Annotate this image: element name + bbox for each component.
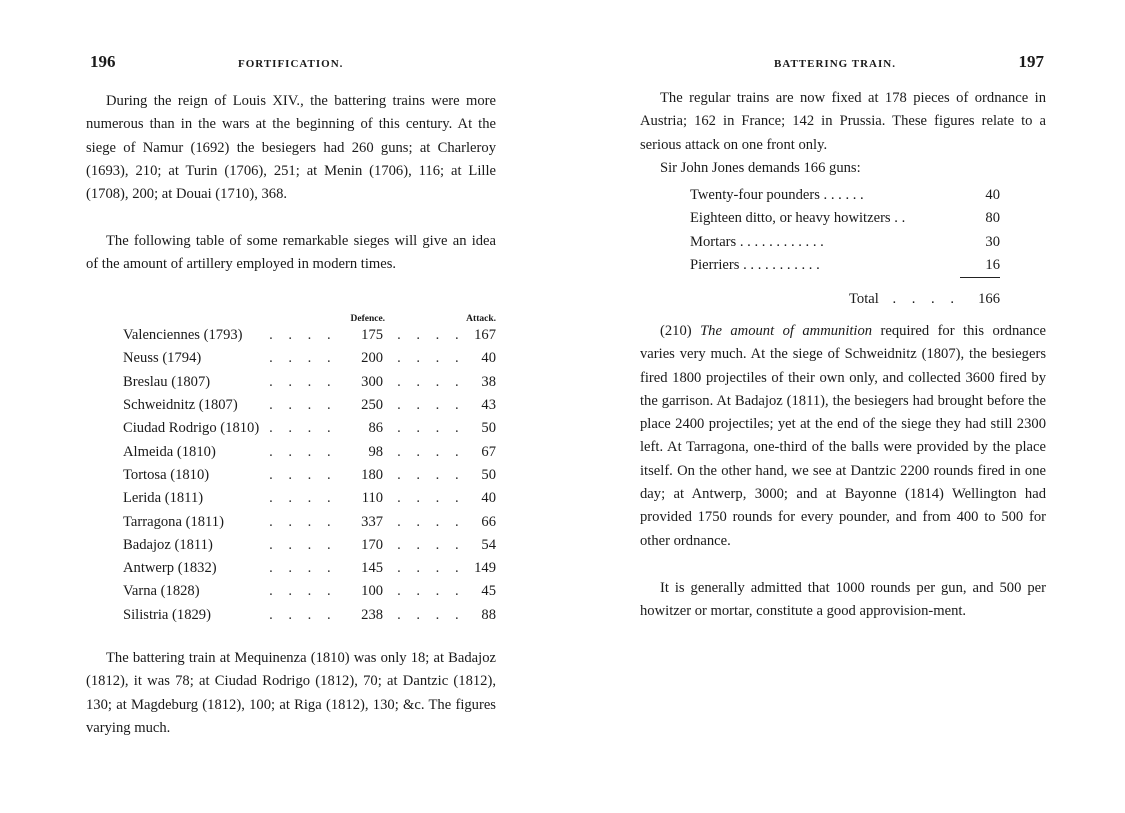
leader-dots: . . . . <box>269 417 337 440</box>
page-number: 197 <box>1019 52 1045 72</box>
leader-dots: . . . . <box>391 324 465 347</box>
gun-type-cell: Twenty-four pounders . . . . . . <box>690 184 960 207</box>
italic-phrase: The amount of ammunition <box>700 323 872 339</box>
defence-value: 170 <box>337 534 391 557</box>
paragraph: The following table of some remarkable s… <box>86 230 496 277</box>
paragraph-text: The following table of some remarkable s… <box>86 230 496 277</box>
leader-dots: . . . . <box>269 394 337 417</box>
table-row: Almeida (1810). . . .98. . . .67 <box>123 440 496 463</box>
section-number: (210) <box>660 323 692 339</box>
paragraph: Sir John Jones demands 166 guns: <box>640 157 1046 180</box>
defence-value: 337 <box>337 510 391 533</box>
leader-dots: . . . . <box>269 371 337 394</box>
leader-dots: . . . . . . . . . . . <box>743 257 820 273</box>
table-row: Silistria (1829). . . .238. . . .88 <box>123 604 496 627</box>
leader-dots: . . . . <box>269 487 337 510</box>
attack-header: Attack. <box>465 308 496 324</box>
leader-dots: . . <box>894 210 905 226</box>
leader-dots: . . . . <box>269 324 337 347</box>
leader-dots: . . . . <box>269 557 337 580</box>
attack-value: 50 <box>465 464 496 487</box>
gun-type: Eighteen ditto, or heavy howitzers <box>690 210 891 226</box>
leader-dots: . . . . <box>391 440 465 463</box>
leader-dots: . . . . <box>269 580 337 603</box>
attack-value: 67 <box>465 440 496 463</box>
leader-dots: . . . . <box>892 291 960 307</box>
table-row: Mortars . . . . . . . . . . . .30 <box>690 231 1000 254</box>
attack-value: 88 <box>465 604 496 627</box>
defence-value: 238 <box>337 604 391 627</box>
leader-dots: . . . . <box>391 557 465 580</box>
leader-dots: . . . . <box>391 510 465 533</box>
attack-value: 50 <box>465 417 496 440</box>
leader-dots: . . . . <box>269 604 337 627</box>
siege-name: Valenciennes (1793) <box>123 324 269 347</box>
total-value: 166 <box>960 278 1000 309</box>
gun-type: Mortars <box>690 234 736 250</box>
paragraph-text: Sir John Jones demands 166 guns: <box>640 157 1046 180</box>
attack-value: 167 <box>465 324 496 347</box>
siege-name: Lerida (1811) <box>123 487 269 510</box>
running-head-title: FORTIFICATION. <box>238 58 343 70</box>
attack-value: 66 <box>465 510 496 533</box>
gun-type-cell: Eighteen ditto, or heavy howitzers . . <box>690 207 960 230</box>
siege-name: Varna (1828) <box>123 580 269 603</box>
leader-dots: . . . . . . . . . . . . <box>740 234 824 250</box>
defence-value: 110 <box>337 487 391 510</box>
paragraph-text: It is generally admitted that 1000 round… <box>640 577 1046 624</box>
defence-value: 200 <box>337 347 391 370</box>
attack-value: 43 <box>465 394 496 417</box>
gun-type-cell: Pierriers . . . . . . . . . . . <box>690 254 960 278</box>
gun-type: Twenty-four pounders <box>690 187 820 203</box>
siege-name: Tortosa (1810) <box>123 464 269 487</box>
siege-name: Breslau (1807) <box>123 371 269 394</box>
table-row: Pierriers . . . . . . . . . . .16 <box>690 254 1000 278</box>
defence-value: 86 <box>337 417 391 440</box>
table-row: Breslau (1807). . . .300. . . .38 <box>123 371 496 394</box>
paragraph: It is generally admitted that 1000 round… <box>640 577 1046 624</box>
running-head: BATTERING TRAIN. 197 <box>640 52 1046 76</box>
paragraph: During the reign of Louis XIV., the batt… <box>86 90 496 206</box>
table-row: Valenciennes (1793). . . .175. . . .167 <box>123 324 496 347</box>
defence-value: 180 <box>337 464 391 487</box>
siege-name: Silistria (1829) <box>123 604 269 627</box>
leader-dots: . . . . <box>269 347 337 370</box>
gun-type-cell: Mortars . . . . . . . . . . . . <box>690 231 960 254</box>
siege-name: Almeida (1810) <box>123 440 269 463</box>
right-page: BATTERING TRAIN. 197 The regular trains … <box>640 0 1046 813</box>
table-row: Schweidnitz (1807). . . .250. . . .43 <box>123 394 496 417</box>
table-row: Badajoz (1811). . . .170. . . .54 <box>123 534 496 557</box>
paragraph-text: During the reign of Louis XIV., the batt… <box>86 90 496 206</box>
leader-dots: . . . . <box>391 394 465 417</box>
leader-dots: . . . . <box>269 510 337 533</box>
table-row: Twenty-four pounders . . . . . .40 <box>690 184 1000 207</box>
leader-dots: . . . . <box>391 371 465 394</box>
page-number: 196 <box>90 52 116 72</box>
leader-dots: . . . . <box>391 534 465 557</box>
attack-value: 40 <box>465 487 496 510</box>
left-page: 196 FORTIFICATION. During the reign of L… <box>86 0 496 813</box>
siege-name: Neuss (1794) <box>123 347 269 370</box>
attack-value: 40 <box>465 347 496 370</box>
section-paragraph: (210) The amount of ammunition required … <box>640 320 1046 553</box>
gun-count: 40 <box>960 184 1000 207</box>
sieges-table: Defence. Attack. Valenciennes (1793). . … <box>123 308 496 627</box>
paragraph-text: The battering train at Mequinenza (1810)… <box>86 647 496 740</box>
attack-value: 149 <box>465 557 496 580</box>
leader-dots: . . . . <box>391 347 465 370</box>
table-row: Ciudad Rodrigo (1810). . . .86. . . .50 <box>123 417 496 440</box>
siege-name: Tarragona (1811) <box>123 510 269 533</box>
running-head-title: BATTERING TRAIN. <box>774 58 896 70</box>
table-row: Varna (1828). . . .100. . . .45 <box>123 580 496 603</box>
leader-dots: . . . . <box>269 464 337 487</box>
attack-value: 38 <box>465 371 496 394</box>
defence-value: 250 <box>337 394 391 417</box>
table-header-row: Defence. Attack. <box>123 308 496 324</box>
siege-name: Schweidnitz (1807) <box>123 394 269 417</box>
table-row: Tortosa (1810). . . .180. . . .50 <box>123 464 496 487</box>
table-row: Lerida (1811). . . .110. . . .40 <box>123 487 496 510</box>
paragraph-rest: required for this ordnance varies very m… <box>640 323 1046 549</box>
paragraph-text: The regular trains are now fixed at 178 … <box>640 87 1046 157</box>
running-head: 196 FORTIFICATION. <box>86 52 496 76</box>
defence-value: 300 <box>337 371 391 394</box>
leader-dots: . . . . <box>269 440 337 463</box>
gun-count: 80 <box>960 207 1000 230</box>
gun-type: Pierriers <box>690 257 739 273</box>
total-row: Total . . . . 166 <box>690 278 1000 309</box>
table-row: Antwerp (1832). . . .145. . . .149 <box>123 557 496 580</box>
total-label: Total <box>849 291 879 307</box>
defence-value: 145 <box>337 557 391 580</box>
total-cell: Total . . . . <box>690 278 960 309</box>
defence-header: Defence. <box>337 308 391 324</box>
siege-name: Antwerp (1832) <box>123 557 269 580</box>
gun-count: 16 <box>960 254 1000 278</box>
defence-value: 175 <box>337 324 391 347</box>
leader-dots: . . . . <box>391 580 465 603</box>
siege-name: Badajoz (1811) <box>123 534 269 557</box>
defence-value: 98 <box>337 440 391 463</box>
attack-value: 45 <box>465 580 496 603</box>
table-row: Neuss (1794). . . .200. . . .40 <box>123 347 496 370</box>
defence-value: 100 <box>337 580 391 603</box>
gun-count: 30 <box>960 231 1000 254</box>
leader-dots: . . . . <box>391 604 465 627</box>
siege-name: Ciudad Rodrigo (1810) <box>123 417 269 440</box>
paragraph: The regular trains are now fixed at 178 … <box>640 87 1046 157</box>
paragraph-text: (210) The amount of ammunition required … <box>640 320 1046 553</box>
paragraph: The battering train at Mequinenza (1810)… <box>86 647 496 740</box>
leader-dots: . . . . <box>391 487 465 510</box>
leader-dots: . . . . <box>269 534 337 557</box>
leader-dots: . . . . <box>391 417 465 440</box>
leader-dots: . . . . <box>391 464 465 487</box>
table-row: Eighteen ditto, or heavy howitzers . .80 <box>690 207 1000 230</box>
guns-table: Twenty-four pounders . . . . . .40Eighte… <box>690 184 1000 308</box>
table-row: Tarragona (1811). . . .337. . . .66 <box>123 510 496 533</box>
leader-dots: . . . . . . <box>824 187 864 203</box>
attack-value: 54 <box>465 534 496 557</box>
